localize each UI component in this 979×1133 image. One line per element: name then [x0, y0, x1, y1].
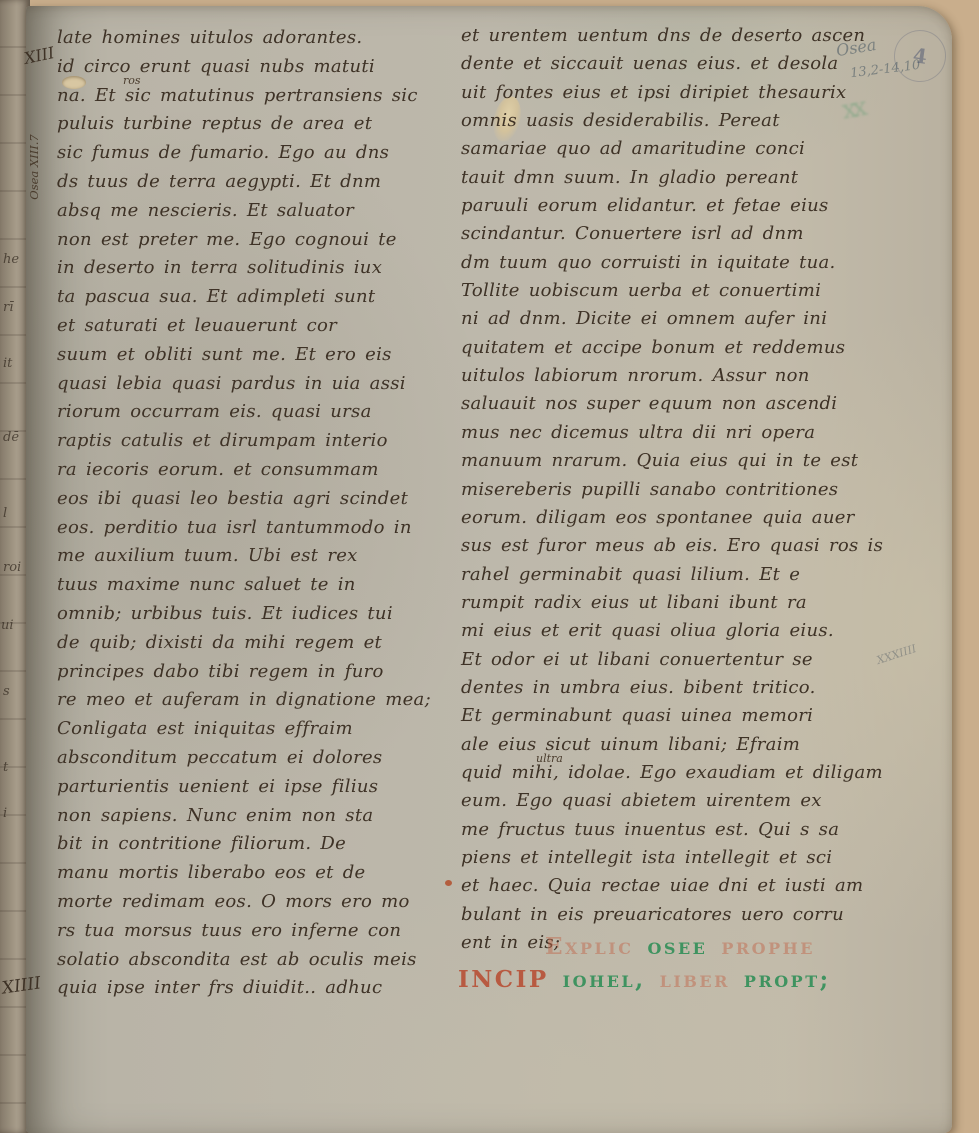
colophon-segment: Explic	[545, 933, 633, 960]
manuscript-line: dentes in umbra eius. bibent tritico.	[461, 674, 869, 702]
manuscript-line: late homines uitulos adorantes.	[57, 24, 451, 53]
manuscript-line: bulant in eis preuaricatores uero corru	[461, 901, 869, 929]
manuscript-line: principes dabo tibi regem in furo	[57, 658, 451, 687]
manuscript-line: ds tuus de terra aegypti. Et dnm	[57, 168, 451, 197]
manuscript-line: ra iecoris eorum. et consummam	[57, 456, 451, 485]
manuscript-line: dm tuum quo corruisti in iquitate tua.	[461, 249, 869, 277]
manuscript-line: quasi lebia quasi pardus in uia assi	[57, 370, 451, 399]
manuscript-line: me auxilium tuum. Ubi est rex	[57, 542, 451, 571]
manuscript-line: bit in contritione filiorum. De	[57, 830, 451, 859]
manuscript-line: de quib; dixisti da mihi regem et	[57, 629, 451, 658]
manuscript-line: paruuli eorum elidantur. et fetae eius	[461, 192, 869, 220]
manuscript-line: ta pascua sua. Et adimpleti sunt	[57, 283, 451, 312]
manuscript-line: eorum. diligam eos spontanee quia auer	[461, 504, 869, 532]
manuscript-line: sic fumus de fumario. Ego au dns	[57, 139, 451, 168]
edge-letter-fragment: roi	[3, 560, 21, 575]
edge-letter-fragment: rī	[3, 300, 13, 315]
edge-letter-fragment: ui	[1, 618, 14, 633]
edge-letter-fragment: i	[3, 806, 7, 821]
colophon-segment: liber	[660, 966, 730, 993]
manuscript-line: solatio abscondita est ab oculis meis	[57, 946, 451, 975]
interlinear-gloss-ros: ros	[123, 74, 141, 87]
colophon-segment: iohel,	[563, 966, 646, 993]
interlinear-gloss-ultra: ultra	[536, 752, 563, 765]
manuscript-line: dente et siccauit uenas eius. et desola	[461, 50, 869, 78]
manuscript-line: manu mortis liberabo eos et de	[57, 859, 451, 888]
manuscript-line: eos. perditio tua isrl tantummodo in	[57, 514, 451, 543]
edge-letter-fragment: l	[3, 506, 7, 521]
manuscript-line: misereberis pupilli sanabo contritiones	[461, 476, 869, 504]
manuscript-line: saluauit nos super equum non ascendi	[461, 390, 869, 418]
manuscript-line: manuum nrarum. Quia eius qui in te est	[461, 447, 869, 475]
colophon-segment: propt;	[744, 966, 831, 993]
manuscript-line: omnis uasis desiderabilis. Pereat	[461, 107, 869, 135]
manuscript-line: Et odor ei ut libani conuertentur se	[461, 646, 869, 674]
colophon-segment: INCIP	[458, 966, 549, 993]
manuscript-line: re meo et auferam in dignatione mea;	[57, 686, 451, 715]
colophon-segment: prophe	[721, 933, 815, 960]
colophon-explicit-line: Explicoseeprophe	[545, 933, 829, 960]
manuscript-line: suum et obliti sunt me. Et ero eis	[57, 341, 451, 370]
manuscript-line: id circo erunt quasi nubs matuti	[57, 53, 451, 82]
manuscript-line: Conligata est iniquitas effraim	[57, 715, 451, 744]
manuscript-line: uit fontes eius et ipsi diripiet thesaur…	[461, 79, 869, 107]
colophon-segment: osee	[647, 933, 707, 960]
manuscript-line: puluis turbine reptus de area et	[57, 110, 451, 139]
text-column-2: et urentem uentum dns de deserto ascende…	[461, 22, 869, 957]
manuscript-line: rahel germinabit quasi lilium. Et e	[461, 561, 869, 589]
manuscript-line: quia ipse inter frs diuidit.. adhuc	[57, 974, 451, 1003]
manuscript-line: tuus maxime nunc saluet te in	[57, 571, 451, 600]
manuscript-line: raptis catulis et dirumpam interio	[57, 427, 451, 456]
manuscript-line: quid mihi, idolae. Ego exaudiam et dilig…	[461, 759, 869, 787]
manuscript-line: piens et intellegit ista intellegit et s…	[461, 844, 869, 872]
manuscript-line: mi eius et erit quasi oliua gloria eius.	[461, 617, 869, 645]
manuscript-line: me fructus tuus inuentus est. Qui s sa	[461, 816, 869, 844]
manuscript-line: quitatem et accipe bonum et reddemus	[461, 334, 869, 362]
manuscript-line: non est preter me. Ego cognoui te	[57, 226, 451, 255]
manuscript-line: na. Et sic matutinus pertransiens sic	[57, 82, 451, 111]
manuscript-line: eos ibi quasi leo bestia agri scindet	[57, 485, 451, 514]
manuscript-line: et urentem uentum dns de deserto ascen	[461, 22, 869, 50]
manuscript-line: eum. Ego quasi abietem uirentem ex	[461, 787, 869, 815]
manuscript-line: sus est furor meus ab eis. Ero quasi ros…	[461, 532, 869, 560]
manuscript-line: ale eius sicut uinum libani; Efraim	[461, 731, 869, 759]
edge-letter-fragment: s	[3, 684, 10, 699]
manuscript-line: in deserto in terra solitudinis iux	[57, 254, 451, 283]
edge-letter-fragment: t	[3, 760, 8, 775]
folio-number: 4	[911, 43, 928, 69]
manuscript-line: absconditum peccatum ei dolores	[57, 744, 451, 773]
edge-letter-fragment: he	[3, 252, 19, 267]
manuscript-line: ni ad dnm. Dicite ei omnem aufer ini	[461, 305, 869, 333]
manuscript-line: non sapiens. Nunc enim non sta	[57, 802, 451, 831]
manuscript-line: parturientis uenient ei ipse filius	[57, 773, 451, 802]
manuscript-line: absq me nescieris. Et saluator	[57, 197, 451, 226]
manuscript-line: Et germinabunt quasi uinea memori	[461, 702, 869, 730]
manuscript-line: rumpit radix eius ut libani ibunt ra	[461, 589, 869, 617]
manuscript-line: Tollite uobiscum uerba et conuertimi	[461, 277, 869, 305]
manuscript-line: et haec. Quia rectae uiae dni et iusti a…	[461, 872, 869, 900]
text-column-1: late homines uitulos adorantes.id circo …	[57, 24, 451, 1003]
edge-letter-fragment: dē	[3, 430, 19, 445]
manuscript-line: omnib; urbibus tuis. Et iudices tui	[57, 600, 451, 629]
manuscript-line: morte redimam eos. O mors ero mo	[57, 888, 451, 917]
manuscript-line: riorum occurram eis. quasi ursa	[57, 398, 451, 427]
manuscript-line: et saturati et leuauerunt cor	[57, 312, 451, 341]
manuscript-line: mus nec dicemus ultra dii nri opera	[461, 419, 869, 447]
manuscript-line: rs tua morsus tuus ero inferne con	[57, 917, 451, 946]
manuscript-line: scindantur. Conuertere isrl ad dnm	[461, 220, 869, 248]
manuscript-line: tauit dmn suum. In gladio pereant	[461, 164, 869, 192]
spine-margin-note: Osea XIII.7	[27, 117, 41, 217]
colophon-incipit-line: INCIPiohel,liberpropt;	[458, 966, 845, 993]
edge-letter-fragment: it	[3, 356, 12, 371]
manuscript-line: uitulos labiorum nrorum. Assur non	[461, 362, 869, 390]
manuscript-line: samariae quo ad amaritudine conci	[461, 135, 869, 163]
